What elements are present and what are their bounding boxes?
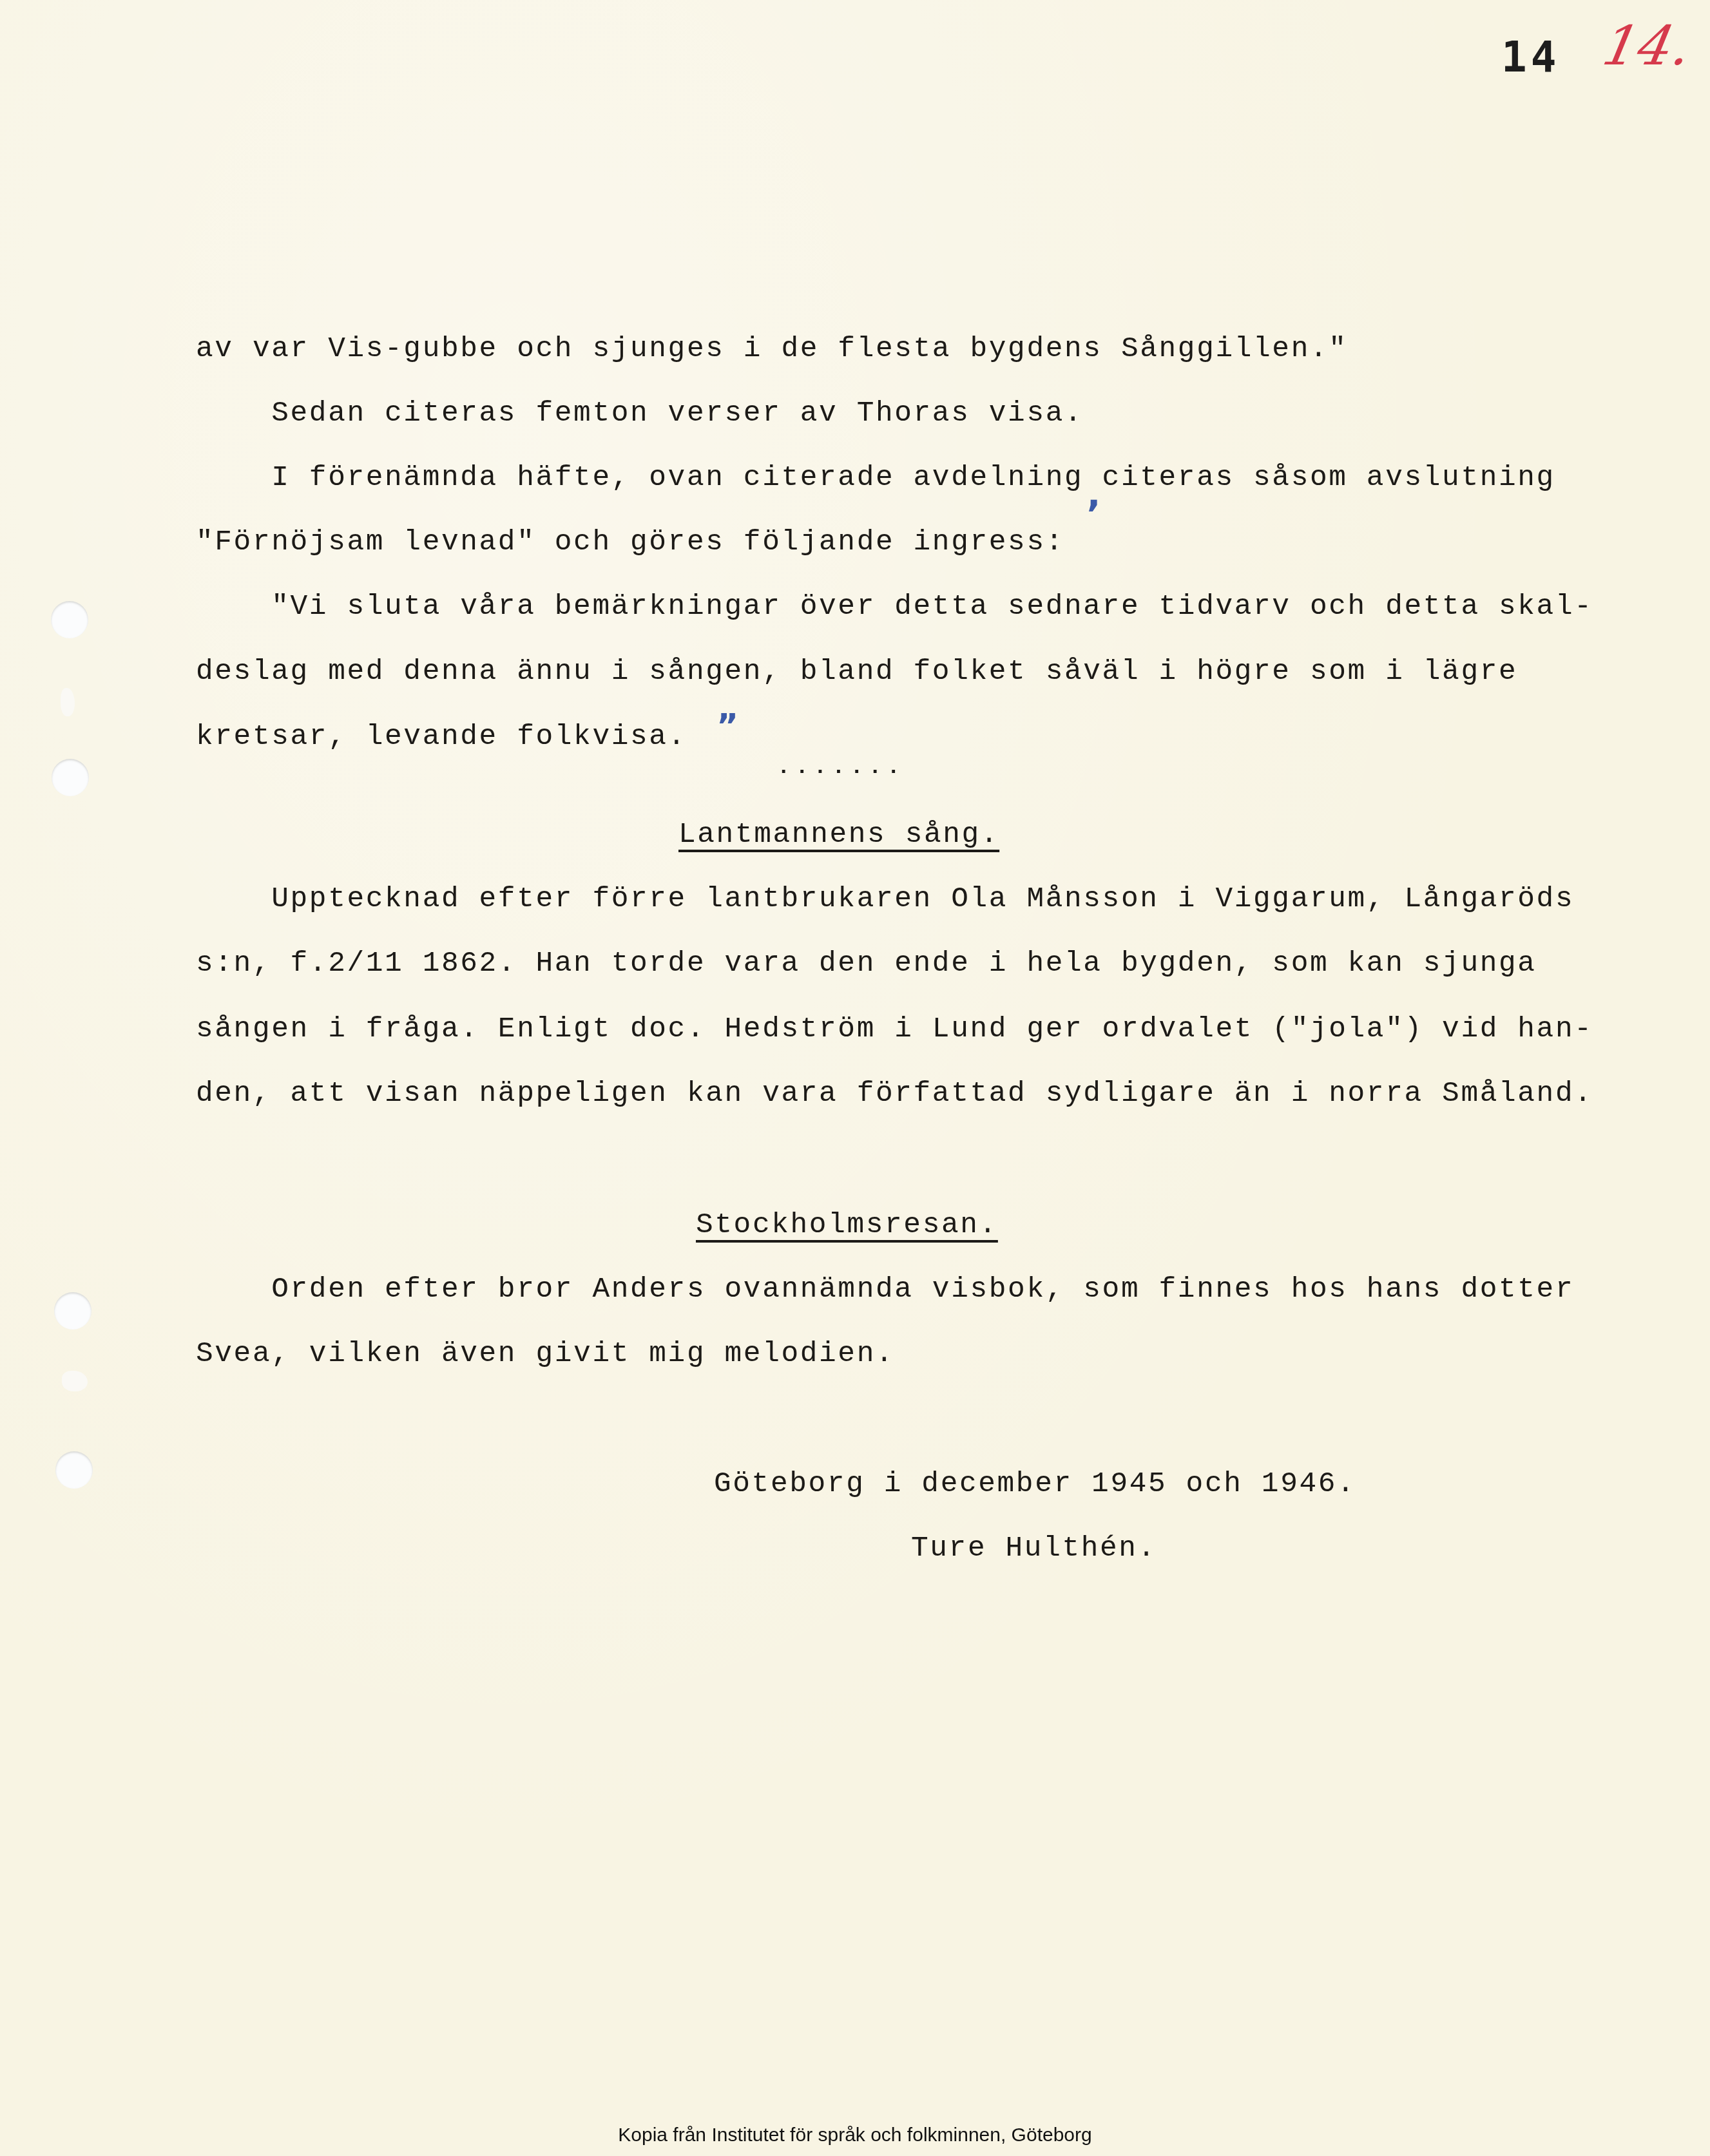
text-line: Orden efter bror Anders ovannämnda visbo…	[196, 1270, 1574, 1309]
text-line: Upptecknad efter förre lantbrukaren Ola …	[196, 880, 1574, 919]
text-line: sången i fråga. Enligt doc. Hedström i L…	[196, 1010, 1593, 1049]
text-line: I förenämnda häfte, ovan citerade avdeln…	[196, 459, 1555, 497]
text-line: kretsar, levande folkvisa.	[196, 718, 687, 756]
paper-tear	[62, 1371, 88, 1391]
punch-hole	[52, 759, 89, 796]
punch-hole	[51, 601, 88, 638]
punch-hole	[55, 1451, 93, 1489]
text-line: deslag med denna ännu i sången, bland fo…	[196, 653, 1517, 691]
handwritten-page-number: 14.	[1598, 14, 1697, 77]
section-heading: Lantmannens sång.	[678, 816, 999, 854]
scanned-page: 14 14. av var Vis-gubbe och sjunges i de…	[0, 0, 1710, 2156]
blue-ink-closing-quote: ”	[716, 707, 738, 746]
blue-ink-comma: ,	[1087, 473, 1100, 515]
section-separator: ·······	[777, 760, 905, 785]
archive-footer: Kopia från Institutet för språk och folk…	[0, 2124, 1710, 2146]
text-line: "Vi sluta våra bemärkningar över detta s…	[196, 587, 1593, 626]
text-line: Svea, vilken även givit mig melodien.	[196, 1335, 894, 1373]
punch-hole	[54, 1292, 91, 1330]
text-line: s:n, f.2/11 1862. Han torde vara den end…	[196, 944, 1537, 983]
typed-page-number: 14	[1501, 32, 1560, 82]
signature-place-date: Göteborg i december 1945 och 1946.	[714, 1465, 1356, 1503]
text-line: den, att visan näppeligen kan vara förfa…	[196, 1074, 1593, 1113]
signature-name: Ture Hulthén.	[911, 1529, 1157, 1568]
text-line: av var Vis-gubbe och sjunges i de flesta…	[196, 330, 1348, 368]
paper-tear	[61, 688, 75, 716]
text-line: Sedan citeras femton verser av Thoras vi…	[196, 394, 1083, 433]
text-line: "Förnöjsam levnad" och göres följande in…	[196, 523, 1064, 562]
section-heading: Stockholmsresan.	[696, 1206, 998, 1245]
